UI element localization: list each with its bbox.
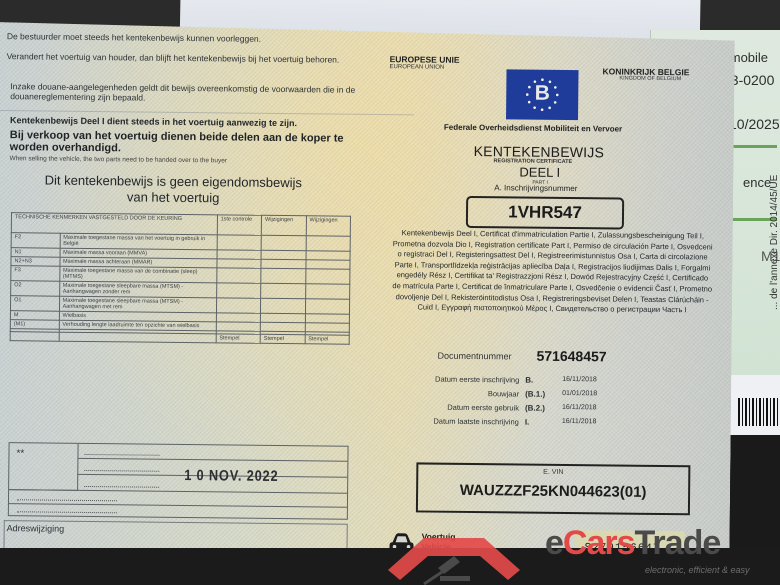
spec-code: O1 bbox=[10, 296, 59, 312]
divider bbox=[9, 503, 347, 508]
marker-cell: ** bbox=[9, 443, 78, 491]
registration-certificate: De bestuurder moet steeds het kentekenbe… bbox=[0, 22, 735, 575]
eu-belgium-flag: B bbox=[506, 69, 579, 120]
spec-cell bbox=[216, 268, 261, 283]
spec-description: Maximale toegestane massa van het voertu… bbox=[60, 233, 217, 250]
eu-label-english: EUROPEAN UNION bbox=[390, 64, 445, 71]
spec-cell bbox=[261, 250, 306, 259]
instruction-1: De bestuurder moet steeds het kentekenbe… bbox=[7, 32, 261, 44]
spec-code: F3 bbox=[11, 266, 60, 282]
column-header: Wijzigingen bbox=[306, 216, 351, 236]
column-header: Wijzigingen bbox=[261, 215, 306, 235]
spec-cell bbox=[261, 235, 306, 250]
document-number: 571648457 bbox=[536, 348, 606, 365]
spec-cell bbox=[217, 235, 262, 250]
date-label: Datum laatste inschrijving bbox=[433, 417, 519, 427]
registration-number-label: A. Inschrijvingsnummer bbox=[494, 183, 577, 193]
inspection-stamp-box: ** 1 0 NOV. 2022 bbox=[8, 442, 349, 520]
brand-tagline: electronic, efficient & easy bbox=[645, 565, 750, 575]
spec-cell bbox=[217, 259, 262, 268]
ownership-disclaimer: Dit kentekenbewijs is geen eigendomsbewi… bbox=[13, 172, 333, 208]
table-header: TECHNISCHE KENMERKEN VASTGESTELD DOOR DE… bbox=[11, 213, 217, 235]
instruction-3: Inzake douane-aangelegenheden geldt dit … bbox=[10, 82, 360, 105]
stamp-label: Stempel bbox=[260, 334, 305, 343]
technical-specs-table: TECHNISCHE KENMERKEN VASTGESTELD DOOR DE… bbox=[10, 212, 351, 345]
spec-cell bbox=[217, 250, 262, 259]
spec-cell bbox=[260, 322, 305, 331]
spec-cell bbox=[261, 298, 306, 313]
spec-cell bbox=[59, 332, 216, 343]
notice-part-one: Kentekenbewijs Deel I dient steeds in he… bbox=[10, 115, 297, 128]
country-code: B bbox=[532, 82, 552, 106]
green-doc-text: ence bbox=[743, 175, 771, 190]
date-code: B. bbox=[525, 376, 533, 385]
spec-cell bbox=[261, 283, 306, 298]
spec-cell bbox=[10, 332, 59, 342]
registration-number-box: 1VHR547 bbox=[466, 196, 624, 230]
spec-cell bbox=[305, 314, 350, 323]
document-part: DEEL I bbox=[519, 165, 560, 180]
spec-cell bbox=[305, 260, 350, 269]
spec-code: M bbox=[10, 311, 59, 321]
date-label: Bouwjaar bbox=[488, 389, 519, 398]
date-label: Datum eerste gebruik bbox=[447, 403, 519, 413]
date-code: I. bbox=[525, 418, 530, 427]
spec-cell bbox=[216, 322, 261, 331]
spec-cell bbox=[305, 299, 350, 314]
registration-number: 1VHR547 bbox=[468, 202, 622, 224]
barcode bbox=[738, 398, 780, 426]
issuing-authority: Federale Overheidsdienst Mobiliteit en V… bbox=[444, 123, 622, 134]
spec-cell bbox=[306, 251, 351, 260]
vin-box: E. VIN WAUZZZF25KN044623(01) bbox=[416, 462, 691, 515]
spec-description: Maximale toegestane sleepbare massa (MTS… bbox=[59, 296, 216, 313]
registration-dates: Datum eerste inschrijvingB.16/11/2018Bou… bbox=[391, 374, 712, 433]
brand-cars: Cars bbox=[563, 524, 635, 562]
date-value: 16/11/2018 bbox=[562, 404, 597, 411]
column-header: 1ste controle bbox=[217, 215, 262, 235]
date-row: Datum laatste inschrijvingI.16/11/2018 bbox=[391, 416, 711, 433]
date-code: (B.1.) bbox=[525, 390, 545, 399]
green-doc-text: 10/2025 bbox=[729, 116, 780, 132]
brand-trade: Trade bbox=[635, 524, 721, 562]
spec-cell bbox=[216, 313, 261, 322]
brand-e: e bbox=[545, 524, 563, 562]
date-value: 16/11/2018 bbox=[562, 376, 597, 383]
spec-cell bbox=[261, 268, 306, 283]
vin-label: E. VIN bbox=[418, 467, 688, 477]
stamp-label: Stempel bbox=[305, 335, 350, 344]
spec-code: F2 bbox=[11, 233, 60, 249]
spec-cell bbox=[260, 313, 305, 322]
date-label: Datum eerste inschrijving bbox=[435, 375, 519, 385]
spec-cell bbox=[261, 259, 306, 268]
divider bbox=[9, 489, 347, 494]
date-value: 01/01/2018 bbox=[562, 390, 597, 397]
dotted-line bbox=[84, 486, 159, 488]
fold-line bbox=[0, 110, 414, 115]
kingdom-label-english: KINGDOM OF BELGIUM bbox=[619, 76, 681, 83]
vin-number: WAUZZZF25KN044623(01) bbox=[418, 481, 688, 501]
ownership-disclaimer-line-2: van het voertuig bbox=[13, 188, 333, 208]
sale-notice: Bij verkoop van het voertuig dienen beid… bbox=[10, 130, 350, 157]
spec-description: Maximale toegestane sleepbare massa (MTS… bbox=[59, 281, 216, 298]
spec-code: N1 bbox=[11, 248, 60, 258]
spec-code: O2 bbox=[11, 281, 60, 297]
instruction-2: Verandert het voertuig van houder, dan b… bbox=[7, 52, 347, 65]
ecarstrade-brand: eCarsTrade bbox=[545, 524, 720, 563]
dotted-line bbox=[17, 511, 117, 513]
spec-description: Maximale toegestane massa van de combina… bbox=[59, 266, 216, 283]
stamp-label: Stempel bbox=[216, 334, 261, 343]
spec-cell bbox=[305, 284, 350, 299]
dotted-line bbox=[84, 454, 159, 456]
stamp-date: 1 0 NOV. 2022 bbox=[184, 467, 278, 485]
spec-code: (M1) bbox=[10, 320, 59, 330]
spec-cell bbox=[216, 283, 261, 298]
green-doc-vertical-text: ... de l'annexe Dir. 2014/45/UE bbox=[769, 175, 780, 310]
spec-cell bbox=[305, 323, 350, 332]
address-change-label: Adreswijziging bbox=[7, 523, 65, 534]
sale-notice-english: When selling the vehicle, the two parts … bbox=[10, 155, 228, 164]
spec-cell bbox=[306, 236, 351, 251]
dotted-line bbox=[84, 470, 159, 472]
ecarstrade-logo-icon bbox=[384, 530, 524, 585]
spec-code: N2+N3 bbox=[11, 257, 60, 267]
divider bbox=[77, 458, 347, 462]
date-value: 16/11/2018 bbox=[562, 418, 597, 425]
spec-cell bbox=[305, 269, 350, 284]
dotted-line bbox=[17, 499, 117, 501]
date-code: (B.2.) bbox=[525, 404, 545, 413]
spec-cell bbox=[216, 298, 261, 313]
multilingual-title: Kentekenbewijs Deel I, Certificat d'imma… bbox=[392, 228, 713, 316]
marker: ** bbox=[16, 448, 24, 459]
document-number-label: Documentnummer bbox=[437, 351, 511, 362]
